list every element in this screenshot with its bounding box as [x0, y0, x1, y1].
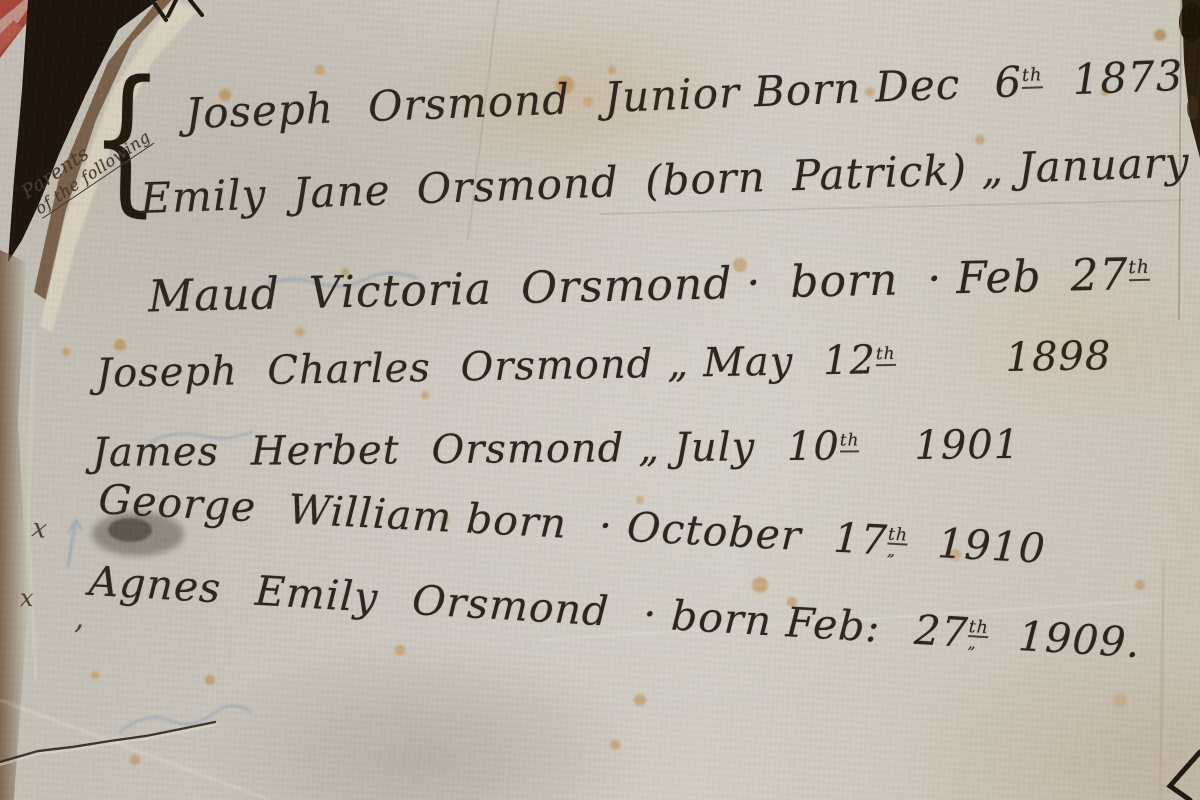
born-label: born [670, 591, 774, 645]
entry-date: January 19 [1017, 135, 1200, 193]
date-ordinal: th„ [887, 529, 908, 558]
ditto-mark: „ [667, 341, 690, 387]
edge-ink-mark [1170, 752, 1200, 800]
date-ordinal: th [1128, 257, 1150, 281]
date-ordinal: th [840, 429, 860, 452]
entry-date: Dec 6 [874, 57, 1023, 112]
entry-date: May 12 [703, 337, 877, 386]
born-label: · born · [746, 253, 943, 308]
entry-year: 1898 [1005, 333, 1112, 381]
margin-x-mark: x [20, 584, 34, 612]
entry-year: 1901 [914, 422, 1020, 469]
paper-crack [0, 722, 215, 764]
ditto-mark: „ [980, 144, 1004, 194]
born-label: born · [465, 494, 614, 550]
entry-year: 1909. [1017, 612, 1142, 667]
entry-date: July 10 [674, 424, 840, 471]
entry-name: James Herbet Orsmond [92, 425, 625, 476]
ditto-mark: „ [638, 425, 660, 471]
page-left-edge [0, 250, 28, 800]
register-page-photo: { Parents of the following Joseph Orsmon… [0, 0, 1200, 800]
entry-name: Joseph Charles Orsmond [96, 341, 654, 397]
entry-year: 1910 [936, 519, 1047, 573]
entry-year: 1873 [1072, 51, 1185, 104]
page-right-edge [1160, 0, 1200, 800]
entry-date: Feb 27 [956, 249, 1129, 304]
date-ordinal: th„ [967, 621, 989, 650]
date-ordinal: th [876, 343, 896, 366]
register-entry-james-herbet: James Herbet Orsmond„July 10th1901 [92, 422, 1021, 476]
margin-comma-mark: , [74, 598, 84, 636]
born-label: Born [753, 63, 862, 116]
date-ordinal: th [1022, 65, 1043, 89]
